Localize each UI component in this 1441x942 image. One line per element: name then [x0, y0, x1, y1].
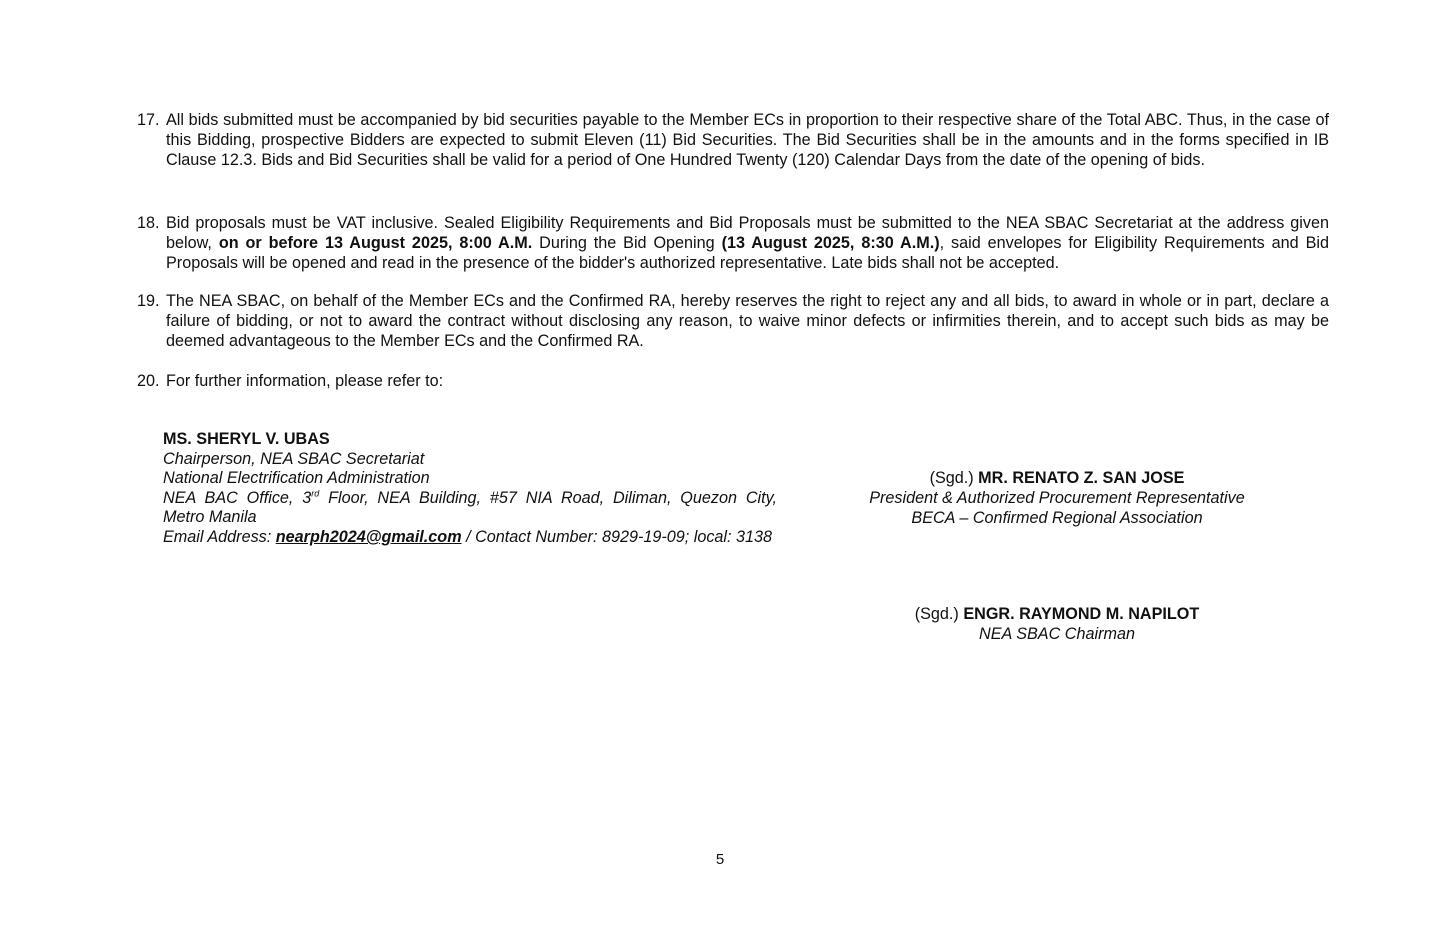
signatory-napilot: (Sgd.) ENGR. RAYMOND M. NAPILOT NEA SBAC… — [830, 605, 1284, 645]
clause-number: 17. — [137, 111, 160, 131]
page-number: 5 — [700, 851, 740, 868]
contact-address-line2: Metro Manila — [163, 508, 777, 528]
clause-text: The NEA SBAC, on behalf of the Member EC… — [166, 292, 1329, 351]
signatory-san-jose: (Sgd.) MR. RENATO Z. SAN JOSE President … — [830, 469, 1284, 528]
contact-address: NEA BAC Office, 3rd Floor, NEA Building,… — [163, 489, 777, 509]
contact-position: Chairperson, NEA SBAC Secretariat — [163, 450, 777, 470]
contact-block: MS. SHERYL V. UBAS Chairperson, NEA SBAC… — [163, 430, 777, 548]
clause-number: 19. — [137, 292, 160, 312]
signatory-name: ENGR. RAYMOND M. NAPILOT — [963, 605, 1199, 623]
bid-opening-date: (13 August 2025, 8:30 A.M.) — [722, 234, 940, 252]
submission-deadline: on or before 13 August 2025, 8:00 A.M. — [219, 234, 532, 252]
email-link[interactable]: nearph2024@gmail.com — [276, 528, 462, 546]
signatory-title: NEA SBAC Chairman — [830, 625, 1284, 645]
contact-agency: National Electrification Administration — [163, 469, 777, 489]
clause-number: 18. — [137, 214, 160, 234]
clause-17: 17. All bids submitted must be accompani… — [137, 111, 1329, 170]
clause-20: 20. For further information, please refe… — [137, 372, 1329, 392]
clause-text: Bid proposals must be VAT inclusive. Sea… — [166, 214, 1329, 273]
clause-number: 20. — [137, 372, 160, 392]
clause-text: For further information, please refer to… — [166, 372, 1329, 392]
contact-name: MS. SHERYL V. UBAS — [163, 430, 777, 450]
signatory-title: President & Authorized Procurement Repre… — [830, 489, 1284, 509]
signatory-name: MR. RENATO Z. SAN JOSE — [978, 469, 1184, 487]
contact-email-line: Email Address: nearph2024@gmail.com / Co… — [163, 528, 777, 548]
signatory-title: BECA – Confirmed Regional Association — [830, 509, 1284, 529]
clause-text: All bids submitted must be accompanied b… — [166, 111, 1329, 170]
clause-18: 18. Bid proposals must be VAT inclusive.… — [137, 214, 1329, 273]
clause-19: 19. The NEA SBAC, on behalf of the Membe… — [137, 292, 1329, 351]
